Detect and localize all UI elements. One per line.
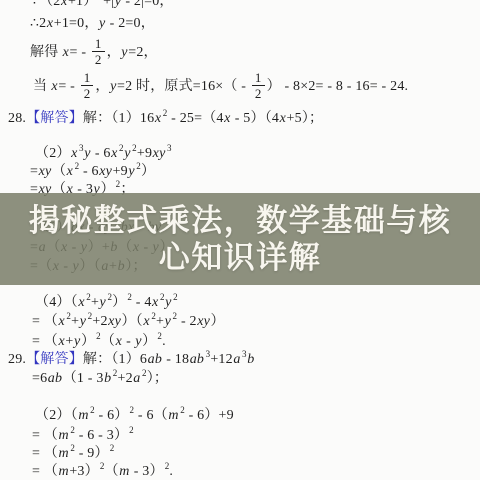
doc-line: （4）（x2+y2）2 - 4x2y2 bbox=[35, 295, 178, 311]
doc-line: =xy（x2 - 6xy+9y2） bbox=[30, 164, 155, 180]
doc-line: （2）（m2 - 6）2 - 6（m2 - 6）+9 bbox=[35, 408, 234, 424]
doc-line: 28.【解答】解：（1）16x2 - 25=（4x - 5）（4x+5）； bbox=[8, 111, 323, 127]
fraction: 12 bbox=[252, 71, 265, 100]
doc-line: 29.【解答】解：（1）6ab - 18ab3+12a3b bbox=[8, 352, 255, 368]
fraction: 12 bbox=[92, 37, 105, 66]
banner-title-line1: 揭秘整式乘法，数学基础与核 bbox=[29, 202, 452, 239]
banner-title-line2: 心知识详解 bbox=[159, 239, 322, 276]
title-banner: 揭秘整式乘法，数学基础与核 心知识详解 bbox=[0, 193, 480, 285]
doc-line: 当 x= - 12，y=2 时，原式=16×（ - 12） - 8×2= - 8… bbox=[33, 71, 408, 103]
doc-line: = （x+y）2（x - y）2. bbox=[32, 334, 166, 350]
doc-line: = （x2+y2+2xy）（x2+y2 - 2xy） bbox=[32, 314, 225, 330]
answer-label: 【解答】 bbox=[26, 352, 83, 367]
doc-line: ∵（2x+1）2+|y - 2|=0， bbox=[30, 0, 174, 10]
doc-line: ∴2x+1=0，y - 2=0， bbox=[30, 16, 155, 32]
doc-line: = （m2 - 9）2 bbox=[32, 446, 114, 462]
screenshot-root: ∵（2x+1）2+|y - 2|=0，∴2x+1=0，y - 2=0，解得 x=… bbox=[0, 0, 480, 480]
doc-line: （2）x3y - 6x2y2+9xy3 bbox=[35, 146, 172, 162]
doc-line: = （m+3）2（m - 3）2. bbox=[32, 464, 173, 480]
doc-line: =6ab（1 - 3b2+2a2）； bbox=[32, 371, 168, 387]
answer-label: 【解答】 bbox=[26, 111, 83, 126]
doc-line: = （m2 - 6 - 3）2 bbox=[32, 428, 134, 444]
fraction: 12 bbox=[81, 71, 94, 100]
doc-line: 解得 x= - 12，y=2， bbox=[30, 37, 158, 69]
